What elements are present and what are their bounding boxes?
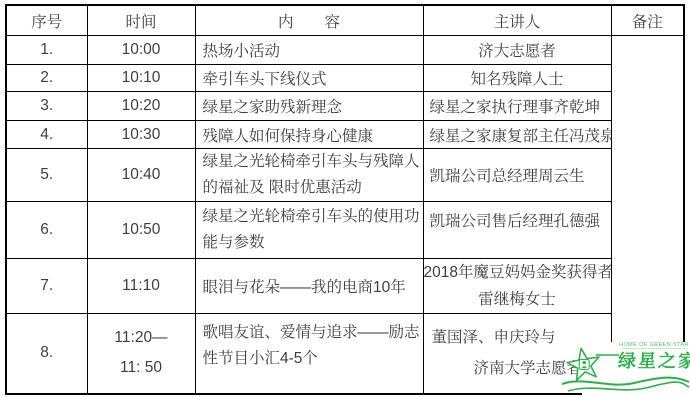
header-speaker: 主讲人 [423, 5, 611, 36]
cell-time: 10:50 [87, 202, 195, 259]
cell-no: 4. [6, 121, 87, 149]
table-row: 6. 10:50 绿星之光轮椅牵引车头的使用功 能与参数 凯瑞公司售后经理孔德强 [6, 202, 684, 259]
header-no: 序号 [6, 5, 87, 36]
content-line-2: 能与参数 [203, 230, 423, 256]
cell-no: 6. [6, 202, 87, 259]
logo-wordmark: 绿星之家 [617, 350, 690, 371]
cell-speaker: 绿星之家康复部主任冯茂泉 [423, 121, 611, 149]
content-line-2: 的福祉及 限时优惠活动 [203, 175, 423, 201]
cell-content: 歌唱友谊、爱情与追求——励志 性节目小汇4-5个 [195, 314, 423, 394]
schedule-page: 序号 时间 内 容 主讲人 备注 1. 10:00 热场小活动 济大志愿者 2.… [0, 0, 690, 397]
time-line-2: 11: 50 [88, 353, 195, 383]
table-row: 1. 10:00 热场小活动 济大志愿者 [6, 36, 684, 65]
header-row: 序号 时间 内 容 主讲人 备注 [6, 5, 684, 36]
cell-no: 3. [6, 92, 87, 121]
cell-content: 热场小活动 [195, 36, 423, 65]
cell-no: 2. [6, 65, 87, 92]
cell-time: 11:20— 11: 50 [87, 314, 195, 394]
cell-no: 5. [6, 149, 87, 202]
cell-content: 残障人如何保持身心健康 [195, 121, 423, 149]
content-line-1: 绿星之光轮椅牵引车头与残障人 [203, 149, 423, 175]
header-note: 备注 [611, 5, 684, 36]
cell-no: 8. [6, 314, 87, 394]
cell-speaker: 凯瑞公司售后经理孔德强 [423, 202, 611, 259]
table-row: 2. 10:10 牵引车头下线仪式 知名残障人士 [6, 65, 684, 92]
cell-content: 眼泪与花朵——我的电商10年 [195, 259, 423, 314]
logo-tagline: HOME OF GREEN STAR [619, 342, 689, 348]
content-line-1: 绿星之光轮椅牵引车头的使用功 [203, 204, 423, 230]
table-row: 4. 10:30 残障人如何保持身心健康 绿星之家康复部主任冯茂泉 [6, 121, 684, 149]
time-line-1: 11:20— [88, 323, 195, 353]
green-star-logo: HOME OF GREEN STAR 绿星之家 [562, 333, 690, 397]
cell-time: 10:10 [87, 65, 195, 92]
cell-no: 7. [6, 259, 87, 314]
cell-time: 11:10 [87, 259, 195, 314]
cell-content: 牵引车头下线仪式 [195, 65, 423, 92]
content-line-1: 歌唱友谊、爱情与追求——励志 [203, 320, 423, 346]
cell-time: 10:40 [87, 149, 195, 202]
cell-speaker: 凯瑞公司总经理周云生 [423, 149, 611, 202]
header-time: 时间 [87, 5, 195, 36]
content-line-2: 性节目小汇4-5个 [203, 346, 423, 372]
table-row: 5. 10:40 绿星之光轮椅牵引车头与残障人 的福祉及 限时优惠活动 凯瑞公司… [6, 149, 684, 202]
cell-speaker: 2018年魔豆妈妈金奖获得者 雷继梅女士 [423, 259, 611, 314]
table-row: 7. 11:10 眼泪与花朵——我的电商10年 2018年魔豆妈妈金奖获得者 雷… [6, 259, 684, 314]
cell-speaker: 济大志愿者 [423, 36, 611, 65]
cell-no: 1. [6, 36, 87, 65]
cell-time: 10:30 [87, 121, 195, 149]
cell-content: 绿星之家助残新理念 [195, 92, 423, 121]
cell-speaker: 知名残障人士 [423, 65, 611, 92]
speaker-line-2: 雷继梅女士 [424, 286, 611, 313]
cell-content: 绿星之光轮椅牵引车头的使用功 能与参数 [195, 202, 423, 259]
table-row: 3. 10:20 绿星之家助残新理念 绿星之家执行理事齐乾坤 [6, 92, 684, 121]
header-content: 内 容 [195, 5, 423, 36]
cell-speaker: 绿星之家执行理事齐乾坤 [423, 92, 611, 121]
speaker-line-1: 2018年魔豆妈妈金奖获得者 [424, 259, 611, 286]
cell-time: 10:20 [87, 92, 195, 121]
green-star-logo-graphic: HOME OF GREEN STAR 绿星之家 [562, 333, 690, 397]
cell-time: 10:00 [87, 36, 195, 65]
cell-content: 绿星之光轮椅牵引车头与残障人 的福祉及 限时优惠活动 [195, 149, 423, 202]
